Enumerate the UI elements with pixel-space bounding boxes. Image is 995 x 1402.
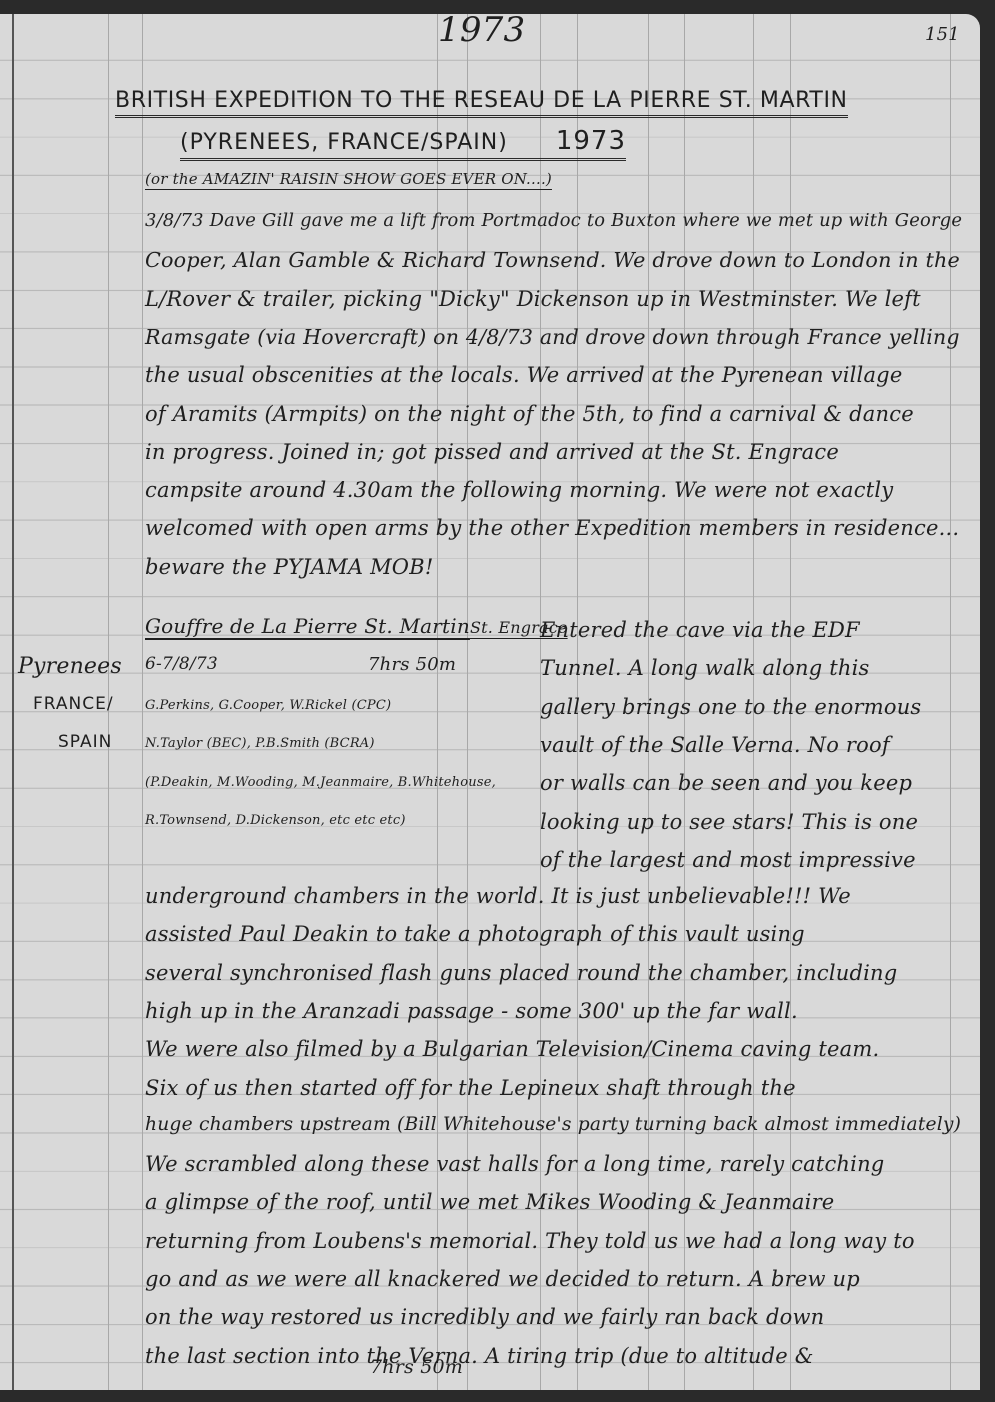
intro-line: welcomed with open arms by the other Exp… bbox=[145, 516, 959, 540]
notes-line: assisted Paul Deakin to take a photograp… bbox=[145, 922, 805, 946]
intro-line: in progress. Joined in; got pissed and a… bbox=[145, 440, 839, 464]
party-line: N.Taylor (BEC), P.B.Smith (BCRA) bbox=[145, 736, 375, 751]
notes-line: Entered the cave via the EDF bbox=[540, 618, 860, 642]
page-number: 151 bbox=[925, 24, 960, 45]
expedition-title: BRITISH EXPEDITION TO THE RESEAU DE LA P… bbox=[115, 88, 848, 118]
notes-line: Six of us then started off for the Lepin… bbox=[145, 1076, 796, 1100]
notes-line: We were also filmed by a Bulgarian Telev… bbox=[145, 1037, 879, 1061]
party-line: R.Townsend, D.Dickenson, etc etc etc) bbox=[145, 813, 406, 828]
notes-line: several synchronised flash guns placed r… bbox=[145, 961, 897, 985]
notes-line: or walls can be seen and you keep bbox=[540, 771, 912, 795]
notes-line: on the way restored us incredibly and we… bbox=[145, 1305, 824, 1329]
notes-line: high up in the Aranzadi passage - some 3… bbox=[145, 999, 798, 1023]
intro-line: beware the PYJAMA MOB! bbox=[145, 555, 434, 579]
intro-line: L/Rover & trailer, picking "Dicky" Dicke… bbox=[145, 287, 921, 311]
notes-line: We scrambled along these vast halls for … bbox=[145, 1152, 884, 1176]
margin-country-1: FRANCE/ bbox=[33, 694, 114, 714]
column-rule bbox=[142, 14, 143, 1390]
intro-line: Cooper, Alan Gamble & Richard Townsend. … bbox=[145, 248, 960, 272]
trip-date: 6-7/8/73 bbox=[145, 654, 218, 674]
page-year: 1973 bbox=[438, 14, 525, 50]
intro-line: 3/8/73 Dave Gill gave me a lift from Por… bbox=[145, 210, 962, 231]
notes-line: a glimpse of the roof, until we met Mike… bbox=[145, 1190, 834, 1214]
cave-name: Gouffre de La Pierre St. Martin bbox=[145, 614, 470, 638]
notes-line: of the largest and most impressive bbox=[540, 848, 916, 872]
notes-line: looking up to see stars! This is one bbox=[540, 810, 918, 834]
trip-duration: 7hrs 50m bbox=[368, 654, 456, 675]
margin-country-2: SPAIN bbox=[58, 732, 112, 752]
footer-duration: 7hrs 50m bbox=[370, 1356, 463, 1378]
expedition-location: (PYRENEES, FRANCE/SPAIN) 1973 bbox=[180, 126, 626, 161]
notebook-page: 1973 151 BRITISH EXPEDITION TO THE RESEA… bbox=[0, 14, 980, 1390]
party-line: G.Perkins, G.Cooper, W.Rickel (CPC) bbox=[145, 698, 391, 713]
intro-line: Ramsgate (via Hovercraft) on 4/8/73 and … bbox=[145, 325, 960, 349]
notes-line: returning from Loubens's memorial. They … bbox=[145, 1229, 915, 1253]
notes-line: the last section into the Verna. A tirin… bbox=[145, 1344, 814, 1368]
notes-line: Tunnel. A long walk along this bbox=[540, 656, 870, 680]
notes-line: vault of the Salle Verna. No roof bbox=[540, 733, 890, 757]
intro-line: campsite around 4.30am the following mor… bbox=[145, 478, 893, 502]
notes-line: gallery brings one to the enormous bbox=[540, 695, 921, 719]
intro-line: of Aramits (Armpits) on the night of the… bbox=[145, 402, 914, 426]
intro-line: the usual obscenities at the locals. We … bbox=[145, 363, 902, 387]
notes-line: underground chambers in the world. It is… bbox=[145, 884, 851, 908]
margin-region: Pyrenees bbox=[18, 654, 122, 679]
margin-rule bbox=[12, 14, 14, 1390]
party-line: (P.Deakin, M.Wooding, M.Jeanmaire, B.Whi… bbox=[145, 775, 496, 790]
notes-line: go and as we were all knackered we decid… bbox=[145, 1267, 860, 1291]
notes-line: huge chambers upstream (Bill Whitehouse'… bbox=[145, 1114, 961, 1135]
location-text: (PYRENEES, FRANCE/SPAIN) bbox=[180, 130, 508, 155]
location-year: 1973 bbox=[556, 126, 626, 156]
expedition-subtitle: (or the AMAZIN' RAISIN SHOW GOES EVER ON… bbox=[145, 170, 552, 188]
